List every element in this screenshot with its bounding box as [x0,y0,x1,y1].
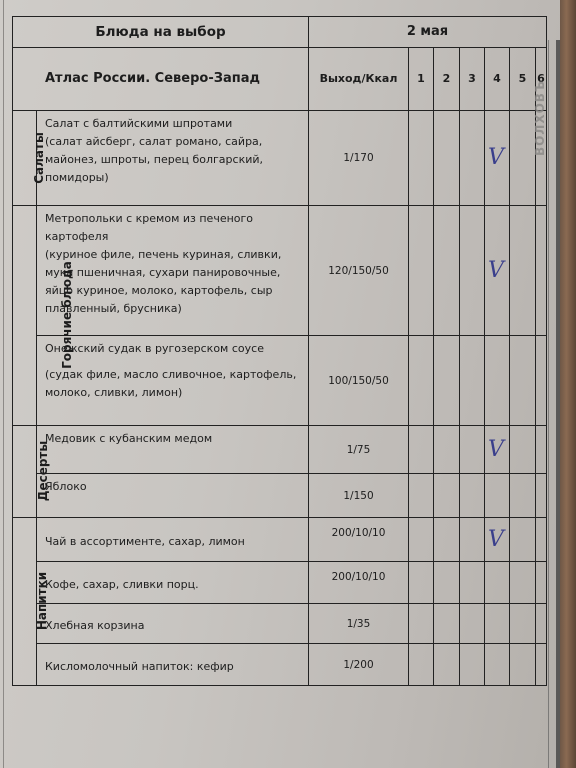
day-column-5: 5 [510,48,536,111]
menu-item-row: ДесертыМедовик с кубанским медом1/75V [13,426,547,474]
day-6-checkbox-cell[interactable] [536,474,547,518]
yield-value: 1/170 [309,111,409,206]
menu-item-row: Хлебная корзина1/35 [13,604,547,644]
yield-value: 120/150/50 [309,206,409,336]
day-5-checkbox-cell[interactable] [510,604,536,644]
day-3-checkbox-cell[interactable] [460,474,485,518]
day-5-checkbox-cell[interactable] [510,111,536,206]
day-6-checkbox-cell[interactable] [536,604,547,644]
day-5-checkbox-cell[interactable] [510,336,536,426]
category-cell: Горячие блюда [13,206,37,426]
yield-value: 1/75 [309,426,409,474]
day-6-checkbox-cell[interactable] [536,644,547,686]
day-5-checkbox-cell[interactable] [510,518,536,562]
day-3-checkbox-cell[interactable] [460,206,485,336]
yield-value: 1/200 [309,644,409,686]
day-3-checkbox-cell[interactable] [460,604,485,644]
page-edge [548,40,549,768]
day-4-checkbox-cell[interactable] [485,336,510,426]
day-column-1: 1 [409,48,434,111]
dish-ingredients: (салат айсберг, салат романо, сайра, май… [45,133,304,187]
day-2-checkbox-cell[interactable] [434,426,460,474]
menu-item-row: Онежский судак в ругозерском соусе(судак… [13,336,547,426]
dish-cell: Кофе, сахар, сливки порц. [37,562,309,604]
handwritten-check-mark: V [488,147,506,169]
menu-item-row: СалатыСалат с балтийскими шпротами(салат… [13,111,547,206]
day-6-checkbox-cell[interactable] [536,518,547,562]
dish-name: Медовик с кубанским медом [45,430,304,448]
publisher-stamp: ВОЛХОВЪ [533,56,547,156]
dish-cell: Чай в ассортименте, сахар, лимон [37,518,309,562]
day-column-4: 4 [485,48,510,111]
dish-name: Метропольки с кремом из печеного картофе… [45,210,304,246]
dish-ingredients: (судак филе, масло сливочное, картофель,… [45,366,304,402]
day-5-checkbox-cell[interactable] [510,562,536,604]
day-4-checkbox-cell[interactable]: V [485,111,510,206]
day-1-checkbox-cell[interactable] [409,336,434,426]
day-1-checkbox-cell[interactable] [409,206,434,336]
day-6-checkbox-cell[interactable] [536,426,547,474]
day-2-checkbox-cell[interactable] [434,644,460,686]
day-3-checkbox-cell[interactable] [460,111,485,206]
day-4-checkbox-cell[interactable] [485,562,510,604]
dish-ingredients: (куриное филе, печень куриная, сливки, м… [45,246,304,318]
day-2-checkbox-cell[interactable] [434,518,460,562]
day-1-checkbox-cell[interactable] [409,474,434,518]
day-6-checkbox-cell[interactable] [536,206,547,336]
wooden-desk-edge [560,0,576,768]
day-2-checkbox-cell[interactable] [434,604,460,644]
yield-value: 200/10/10 [309,562,409,604]
day-6-checkbox-cell[interactable] [536,562,547,604]
day-3-checkbox-cell[interactable] [460,336,485,426]
yield-value: 200/10/10 [309,518,409,562]
day-5-checkbox-cell[interactable] [510,644,536,686]
day-2-checkbox-cell[interactable] [434,474,460,518]
category-cell: Салаты [13,111,37,206]
day-column-3: 3 [460,48,485,111]
day-4-checkbox-cell[interactable] [485,644,510,686]
day-1-checkbox-cell[interactable] [409,604,434,644]
day-2-checkbox-cell[interactable] [434,562,460,604]
menu-item-row: Яблоко1/150 [13,474,547,518]
day-5-checkbox-cell[interactable] [510,206,536,336]
day-2-checkbox-cell[interactable] [434,206,460,336]
day-1-checkbox-cell[interactable] [409,111,434,206]
dish-name: Кисломолочный напиток: кефир [45,658,304,676]
yield-value: 1/35 [309,604,409,644]
yield-value: 100/150/50 [309,336,409,426]
category-cell: Десерты [13,426,37,518]
menu-table: Блюда на выбор 2 мая Атлас России. Север… [12,16,547,686]
dish-cell: Онежский судак в ругозерском соусе(судак… [37,336,309,426]
header-row-columns: Атлас России. Северо-Запад Выход/Ккал 1 … [13,48,547,111]
yield-value: 1/150 [309,474,409,518]
menu-item-row: НапиткиЧай в ассортименте, сахар, лимон2… [13,518,547,562]
dish-name: Кофе, сахар, сливки порц. [45,576,304,594]
menu-date: 2 мая [309,17,547,48]
dish-name: Хлебная корзина [45,617,304,635]
day-2-checkbox-cell[interactable] [434,111,460,206]
category-cell: Напитки [13,518,37,686]
day-4-checkbox-cell[interactable] [485,474,510,518]
dish-cell: Кисломолочный напиток: кефир [37,644,309,686]
dish-name: Салат с балтийскими шпротами [45,115,304,133]
dish-cell: Метропольки с кремом из печеного картофе… [37,206,309,336]
day-4-checkbox-cell[interactable]: V [485,206,510,336]
day-column-2: 2 [434,48,460,111]
day-1-checkbox-cell[interactable] [409,644,434,686]
day-4-checkbox-cell[interactable]: V [485,518,510,562]
notebook-binding-edge [556,40,560,768]
day-3-checkbox-cell[interactable] [460,518,485,562]
day-1-checkbox-cell[interactable] [409,562,434,604]
header-row-title: Блюда на выбор 2 мая [13,17,547,48]
menu-title: Блюда на выбор [13,17,309,48]
dish-cell: Яблоко [37,474,309,518]
dish-cell: Салат с балтийскими шпротами(салат айсбе… [37,111,309,206]
day-2-checkbox-cell[interactable] [434,336,460,426]
day-3-checkbox-cell[interactable] [460,562,485,604]
dish-name: Онежский судак в ругозерском соусе [45,340,304,358]
menu-item-row: Кисломолочный напиток: кефир1/200 [13,644,547,686]
day-4-checkbox-cell[interactable]: V [485,426,510,474]
handwritten-check-mark: V [488,439,506,461]
day-3-checkbox-cell[interactable] [460,426,485,474]
day-5-checkbox-cell[interactable] [510,474,536,518]
day-6-checkbox-cell[interactable] [536,336,547,426]
menu-item-row: Кофе, сахар, сливки порц.200/10/10 [13,562,547,604]
dish-cell: Медовик с кубанским медом [37,426,309,474]
day-1-checkbox-cell[interactable] [409,518,434,562]
dish-name: Чай в ассортименте, сахар, лимон [45,533,304,551]
day-5-checkbox-cell[interactable] [510,426,536,474]
handwritten-check-mark: V [488,529,506,551]
dish-name: Яблоко [45,478,304,496]
day-4-checkbox-cell[interactable] [485,604,510,644]
page-margin-line [3,0,4,768]
handwritten-check-mark: V [488,260,506,282]
menu-item-row: Горячие блюдаМетропольки с кремом из печ… [13,206,547,336]
yield-column-header: Выход/Ккал [309,48,409,111]
day-1-checkbox-cell[interactable] [409,426,434,474]
menu-selection-sheet: Блюда на выбор 2 мая Атлас России. Север… [12,16,546,683]
menu-subtitle: Атлас России. Северо-Запад [13,48,309,111]
dish-cell: Хлебная корзина [37,604,309,644]
day-3-checkbox-cell[interactable] [460,644,485,686]
